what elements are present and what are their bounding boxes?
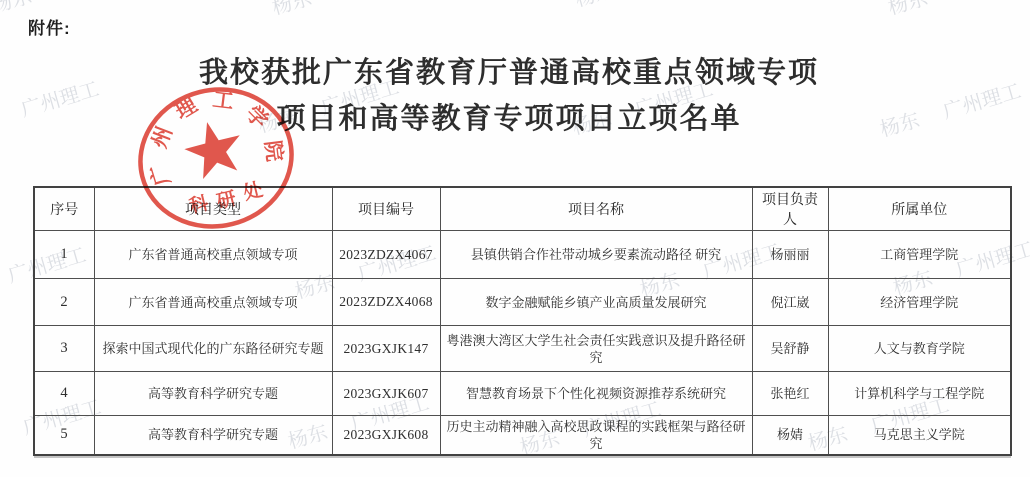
cell-name: 数字金融赋能乡镇产业高质量发展研究 [440, 279, 752, 326]
cell-code: 2023GXJK607 [332, 372, 440, 416]
table-header-row: 序号 项目类型 项目编号 项目名称 项目负责人 所属单位 [34, 187, 1011, 231]
cell-serial: 2 [34, 279, 94, 326]
table-row: 2 广东省普通高校重点领域专项 2023ZDZX4068 数字金融赋能乡镇产业高… [34, 279, 1011, 326]
cell-type: 广东省普通高校重点领域专项 [94, 231, 332, 279]
cell-leader: 张艳红 [752, 372, 828, 416]
cell-serial: 4 [34, 372, 94, 416]
column-header-code: 项目编号 [332, 187, 440, 231]
cell-serial: 5 [34, 416, 94, 455]
seal-org-char: 院 [260, 139, 286, 163]
cell-code: 2023GXJK608 [332, 416, 440, 455]
cell-type: 广东省普通高校重点领域专项 [94, 279, 332, 326]
cell-leader: 杨婧 [752, 416, 828, 455]
watermark-text: 杨东 广州理工 [884, 0, 1030, 20]
cell-name: 智慧教育场景下个性化视频资源推荐系统研究 [440, 372, 752, 416]
cell-unit: 计算机科学与工程学院 [828, 372, 1011, 416]
cell-unit: 人文与教育学院 [828, 326, 1011, 372]
column-header-leader: 项目负责人 [752, 187, 828, 231]
cell-leader: 倪江崴 [752, 279, 828, 326]
watermark-text: 杨东 广州理工 [268, 0, 416, 20]
attachment-label: 附件: [28, 14, 71, 39]
cell-leader: 杨丽丽 [752, 231, 828, 279]
cell-leader: 吴舒静 [752, 326, 828, 372]
seal-org-char: 广 [146, 161, 175, 188]
cell-name: 历史主动精神融入高校思政课程的实践框架与路径研究 [440, 416, 752, 455]
column-header-name: 项目名称 [440, 187, 752, 231]
cell-type: 探索中国式现代化的广东路径研究专题 [94, 326, 332, 372]
scanned-document-page: 杨东 广州理工 杨东 广州理工 杨东 广州理工 杨东 广州理工 杨东 广州理工 … [0, 0, 1030, 477]
cell-serial: 3 [34, 326, 94, 372]
column-header-type: 项目类型 [94, 187, 332, 231]
document-title-line2: 项目和高等教育专项项目立项名单 [0, 96, 1018, 142]
cell-name: 县镇供销合作社带动城乡要素流动路径 研究 [440, 231, 752, 279]
table-row: 5 高等教育科学研究专题 2023GXJK608 历史主动精神融入高校思政课程的… [34, 416, 1011, 455]
cell-type: 高等教育科学研究专题 [94, 372, 332, 416]
cell-unit: 工商管理学院 [828, 231, 1011, 279]
column-header-serial: 序号 [34, 187, 94, 231]
document-title: 我校获批广东省教育厅普通高校重点领域专项 项目和高等教育专项项目立项名单 [0, 50, 1018, 142]
table-row: 4 高等教育科学研究专题 2023GXJK607 智慧教育场景下个性化视频资源推… [34, 372, 1011, 416]
document-title-line1: 我校获批广东省教育厅普通高校重点领域专项 [0, 50, 1018, 96]
watermark-text: 杨东 广州理工 [571, 0, 719, 12]
table-row: 3 探索中国式现代化的广东路径研究专题 2023GXJK147 粤港澳大湾区大学… [34, 326, 1011, 372]
cell-type: 高等教育科学研究专题 [94, 416, 332, 455]
cell-unit: 马克思主义学院 [828, 416, 1011, 455]
projects-table: 序号 项目类型 项目编号 项目名称 项目负责人 所属单位 1 广东省普通高校重点… [33, 186, 1012, 456]
cell-code: 2023GXJK147 [332, 326, 440, 372]
cell-serial: 1 [34, 231, 94, 279]
column-header-unit: 所属单位 [828, 187, 1011, 231]
cell-code: 2023ZDZX4067 [332, 231, 440, 279]
table-row: 1 广东省普通高校重点领域专项 2023ZDZX4067 县镇供销合作社带动城乡… [34, 231, 1011, 279]
cell-unit: 经济管理学院 [828, 279, 1011, 326]
cell-name: 粤港澳大湾区大学生社会责任实践意识及提升路径研究 [440, 326, 752, 372]
cell-code: 2023ZDZX4068 [332, 279, 440, 326]
